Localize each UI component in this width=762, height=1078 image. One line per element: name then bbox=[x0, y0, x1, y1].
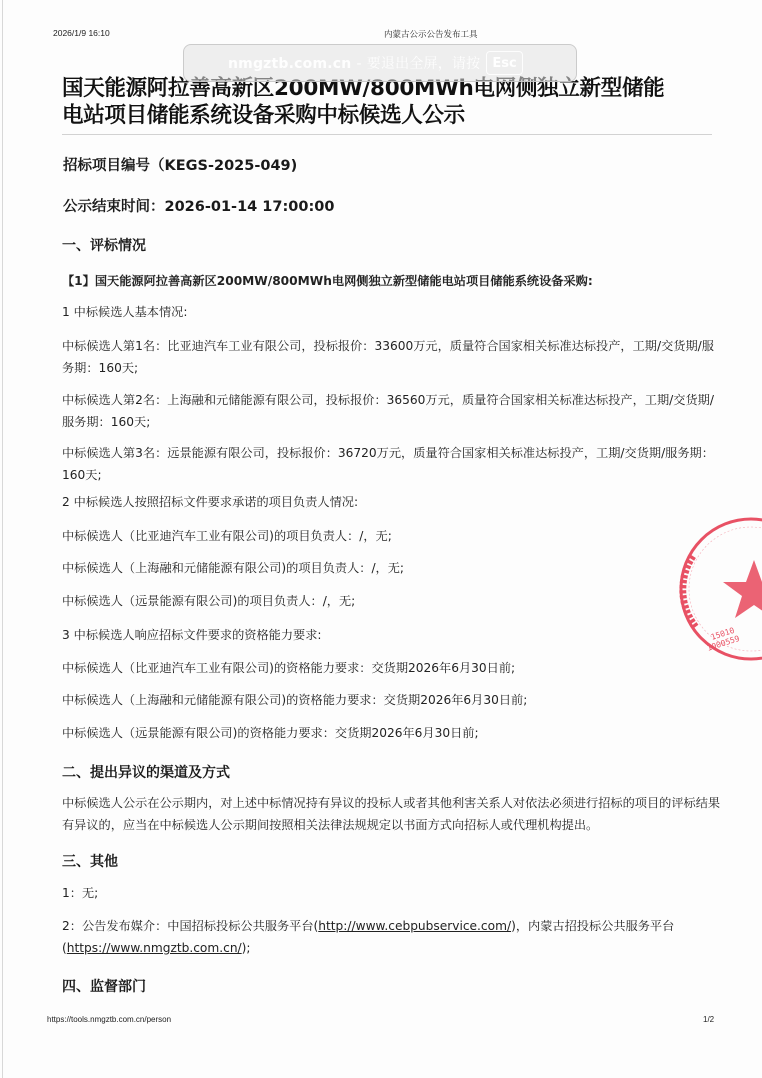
fullscreen-notice-domain: nmgztb.com.cn bbox=[228, 56, 351, 72]
other-item-2-suffix: ); bbox=[242, 941, 251, 955]
fullscreen-notice-text: nmgztb.com.cn-要退出全屏，请按 bbox=[228, 53, 480, 73]
esc-key-hint: Esc bbox=[486, 51, 522, 75]
scan-edge-line bbox=[2, 0, 3, 1078]
candidate-rank-1: 中标候选人第1名：比亚迪汽车工业有限公司，投标报价：33600万元，质量符合国家… bbox=[62, 335, 722, 379]
qualification-item: 中标候选人（远景能源有限公司)的资格能力要求：交货期2026年6月30日前; bbox=[62, 722, 722, 744]
title-divider bbox=[62, 134, 712, 135]
project-lead-item: 中标候选人（比亚迪汽车工业有限公司)的项目负责人：/，无; bbox=[62, 525, 722, 547]
company-seal-stamp: ▮▮▮▮▮▮▮▮▮▮▮▮▮▮▮ 15010 1000559 bbox=[678, 516, 762, 666]
fullscreen-notice-message: 要退出全屏，请按 bbox=[367, 56, 481, 72]
page-title: 国天能源阿拉善高新区200MW/800MWh电网侧独立新型储能 电站项目储能系统… bbox=[62, 75, 722, 129]
qualification-item: 中标候选人（比亚迪汽车工业有限公司)的资格能力要求：交货期2026年6月30日前… bbox=[62, 657, 722, 679]
objection-body: 中标候选人公示在公示期内，对上述中标情况持有异议的投标人或者其他利害关系人对依法… bbox=[62, 792, 722, 836]
publicity-end-time: 公示结束时间：2026-01-14 17:00:00 bbox=[63, 195, 334, 216]
other-item-2-prefix: 2：公告发布媒介：中国招标投标公共服务平台( bbox=[62, 919, 318, 933]
candidate-rank-2: 中标候选人第2名：上海融和元储能源有限公司，投标报价：36560万元，质量符合国… bbox=[62, 389, 722, 433]
subsection-heading-qualification: 3 中标候选人响应招标文件要求的资格能力要求: bbox=[62, 624, 722, 646]
page-title-line-2: 电站项目储能系统设备采购中标候选人公示 bbox=[62, 102, 722, 129]
qualification-item: 中标候选人（上海融和元储能源有限公司)的资格能力要求：交货期2026年6月30日… bbox=[62, 689, 722, 711]
section-heading-other: 三、其他 bbox=[62, 851, 118, 871]
candidate-rank-3: 中标候选人第3名：远景能源有限公司，投标报价：36720万元，质量符合国家相关标… bbox=[62, 442, 722, 486]
lot-title: 【1】国天能源阿拉善高新区200MW/800MWh电网侧独立新型储能电站项目储能… bbox=[62, 270, 722, 292]
section-heading-objection: 二、提出异议的渠道及方式 bbox=[62, 762, 230, 782]
print-header-datetime: 2026/1/9 16:10 bbox=[53, 28, 110, 38]
print-footer-url: https://tools.nmgztb.com.cn/person bbox=[47, 1015, 171, 1024]
project-number: 招标项目编号（KEGS-2025-049) bbox=[63, 154, 297, 175]
print-footer-page-number: 1/2 bbox=[703, 1015, 714, 1024]
project-lead-item: 中标候选人（上海融和元储能源有限公司)的项目负责人：/，无; bbox=[62, 557, 722, 579]
other-item-1: 1：无; bbox=[62, 882, 722, 904]
nmgztb-link[interactable]: https://www.nmgztb.com.cn/ bbox=[67, 941, 242, 955]
cebpubservice-link[interactable]: http://www.cebpubservice.com/ bbox=[318, 919, 511, 933]
project-lead-item: 中标候选人（远景能源有限公司)的项目负责人：/，无; bbox=[62, 590, 722, 612]
fullscreen-notice-separator: - bbox=[356, 56, 361, 72]
other-item-2: 2：公告发布媒介：中国招标投标公共服务平台(http://www.cebpubs… bbox=[62, 915, 722, 959]
print-header-site-title: 内蒙古公示公告发布工具 bbox=[384, 28, 478, 40]
fullscreen-exit-notice: nmgztb.com.cn-要退出全屏，请按 Esc bbox=[183, 44, 577, 82]
subsection-heading-candidates: 1 中标候选人基本情况: bbox=[62, 301, 722, 323]
section-heading-supervision: 四、监督部门 bbox=[62, 976, 146, 996]
subsection-heading-project-lead: 2 中标候选人按照招标文件要求承诺的项目负责人情况: bbox=[62, 491, 722, 513]
svg-text:▮▮▮▮▮▮▮▮▮▮▮▮▮▮▮: ▮▮▮▮▮▮▮▮▮▮▮▮▮▮▮ bbox=[678, 553, 700, 630]
section-heading-evaluation: 一、评标情况 bbox=[62, 235, 146, 255]
